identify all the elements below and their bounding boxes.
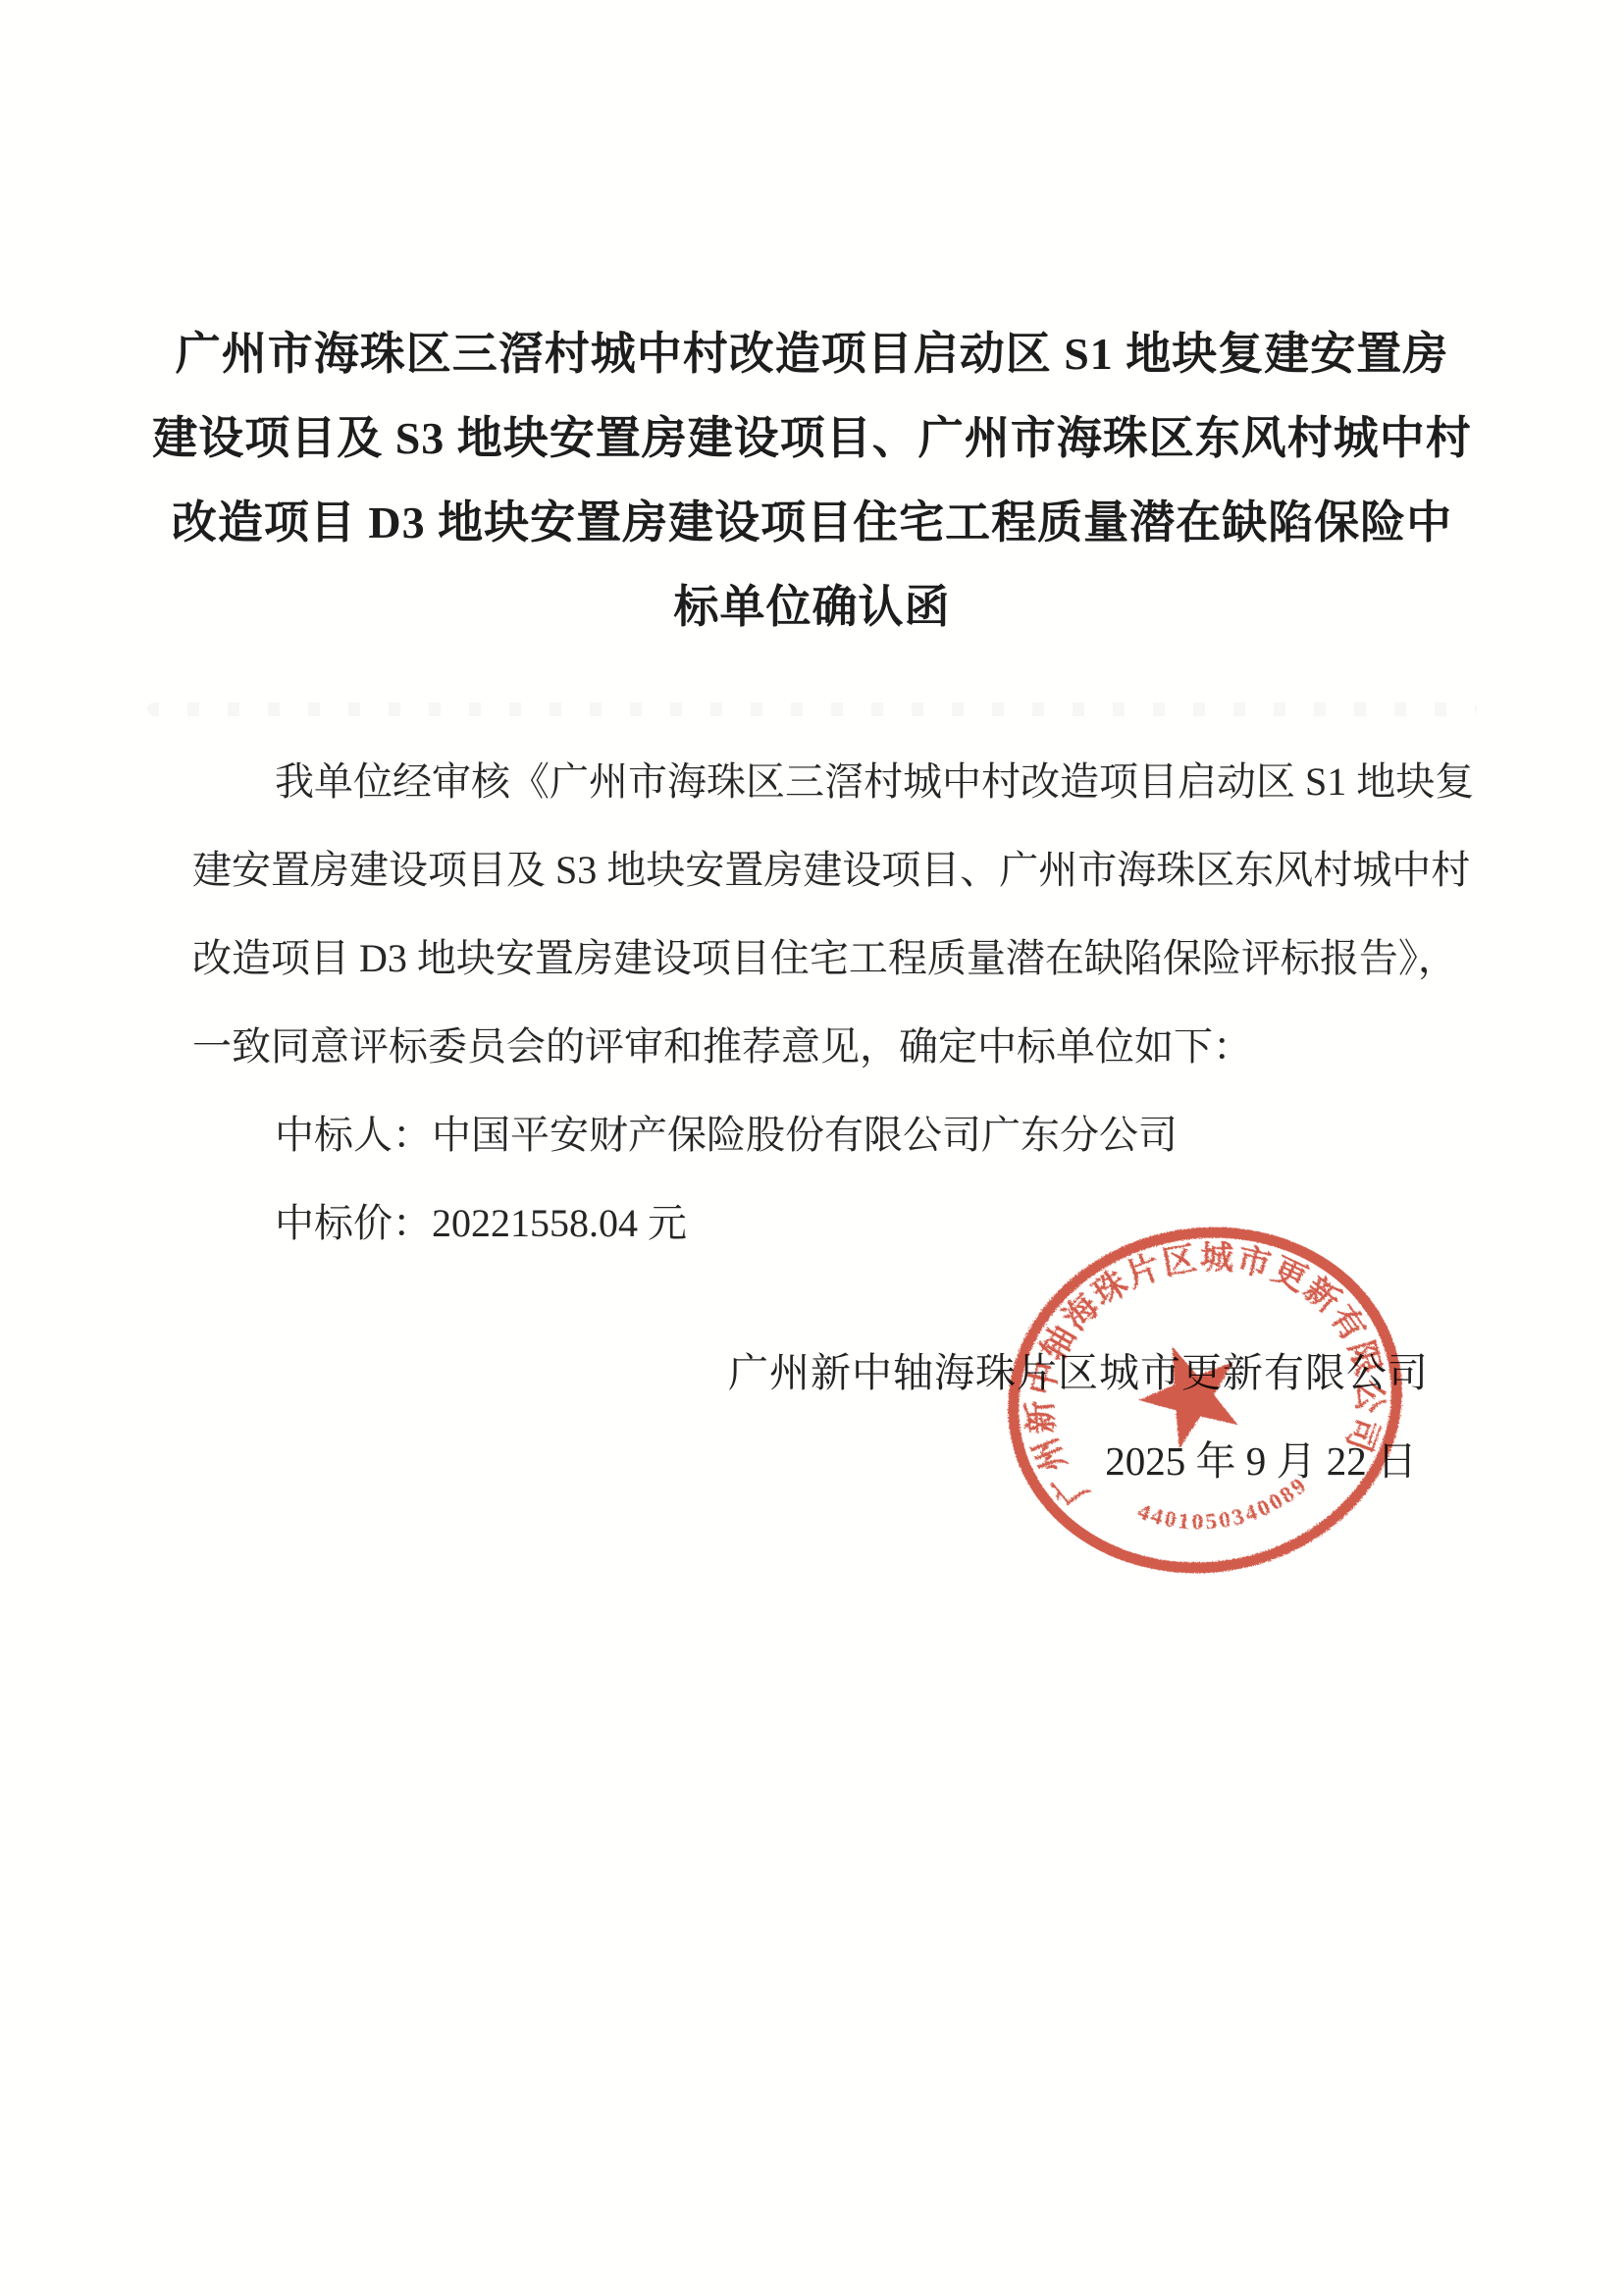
title-line-2: 建设项目及 S3 地块安置房建设项目、广州市海珠区东风村城中村 (86, 396, 1538, 481)
body-paragraph: 我单位经审核《广州市海珠区三滘村城中村改造项目启动区 S1 地块复 建安置房建设… (192, 738, 1444, 1268)
company-seal: 广州新中轴海珠片区城市更新有限公司 4401050340089 (995, 1215, 1415, 1586)
winner-label: 中标人： (275, 1113, 432, 1157)
body-line-2: 建安置房建设项目及 S3 地块安置房建设项目、广州市海珠区东风村城中村 (192, 826, 1444, 914)
winner-line: 中标人：中国平安财产保险股份有限公司广东分公司 (192, 1091, 1444, 1179)
price-label: 中标价： (275, 1201, 432, 1245)
seal-ring-text: 广州新中轴海珠片区城市更新有限公司 (996, 1215, 1402, 1517)
seal-serial: 4401050340089 (1131, 1470, 1318, 1547)
winner-value: 中国平安财产保险股份有限公司广东分公司 (432, 1113, 1178, 1157)
title-line-3: 改造项目 D3 地块安置房建设项目住宅工程质量潜在缺陷保险中 (86, 481, 1538, 565)
price-value: 20221558.04 元 (432, 1201, 687, 1245)
title-line-1: 广州市海珠区三滘村城中村改造项目启动区 S1 地块复建安置房 (86, 312, 1538, 396)
scan-artifact-band (147, 703, 1477, 716)
body-line-4: 一致同意评标委员会的评审和推荐意见，确定中标单位如下： (192, 1003, 1444, 1091)
title-line-4: 标单位确认函 (86, 565, 1538, 650)
seal-star (1125, 1328, 1256, 1456)
document-page: 广州市海珠区三滘村城中村改造项目启动区 S1 地块复建安置房 建设项目及 S3 … (0, 0, 1624, 2296)
document-title: 广州市海珠区三滘村城中村改造项目启动区 S1 地块复建安置房 建设项目及 S3 … (0, 312, 1624, 650)
body-line-3: 改造项目 D3 地块安置房建设项目住宅工程质量潜在缺陷保险评标报告》， (192, 914, 1444, 1003)
body-line-1: 我单位经审核《广州市海珠区三滘村城中村改造项目启动区 S1 地块复 (192, 738, 1444, 826)
